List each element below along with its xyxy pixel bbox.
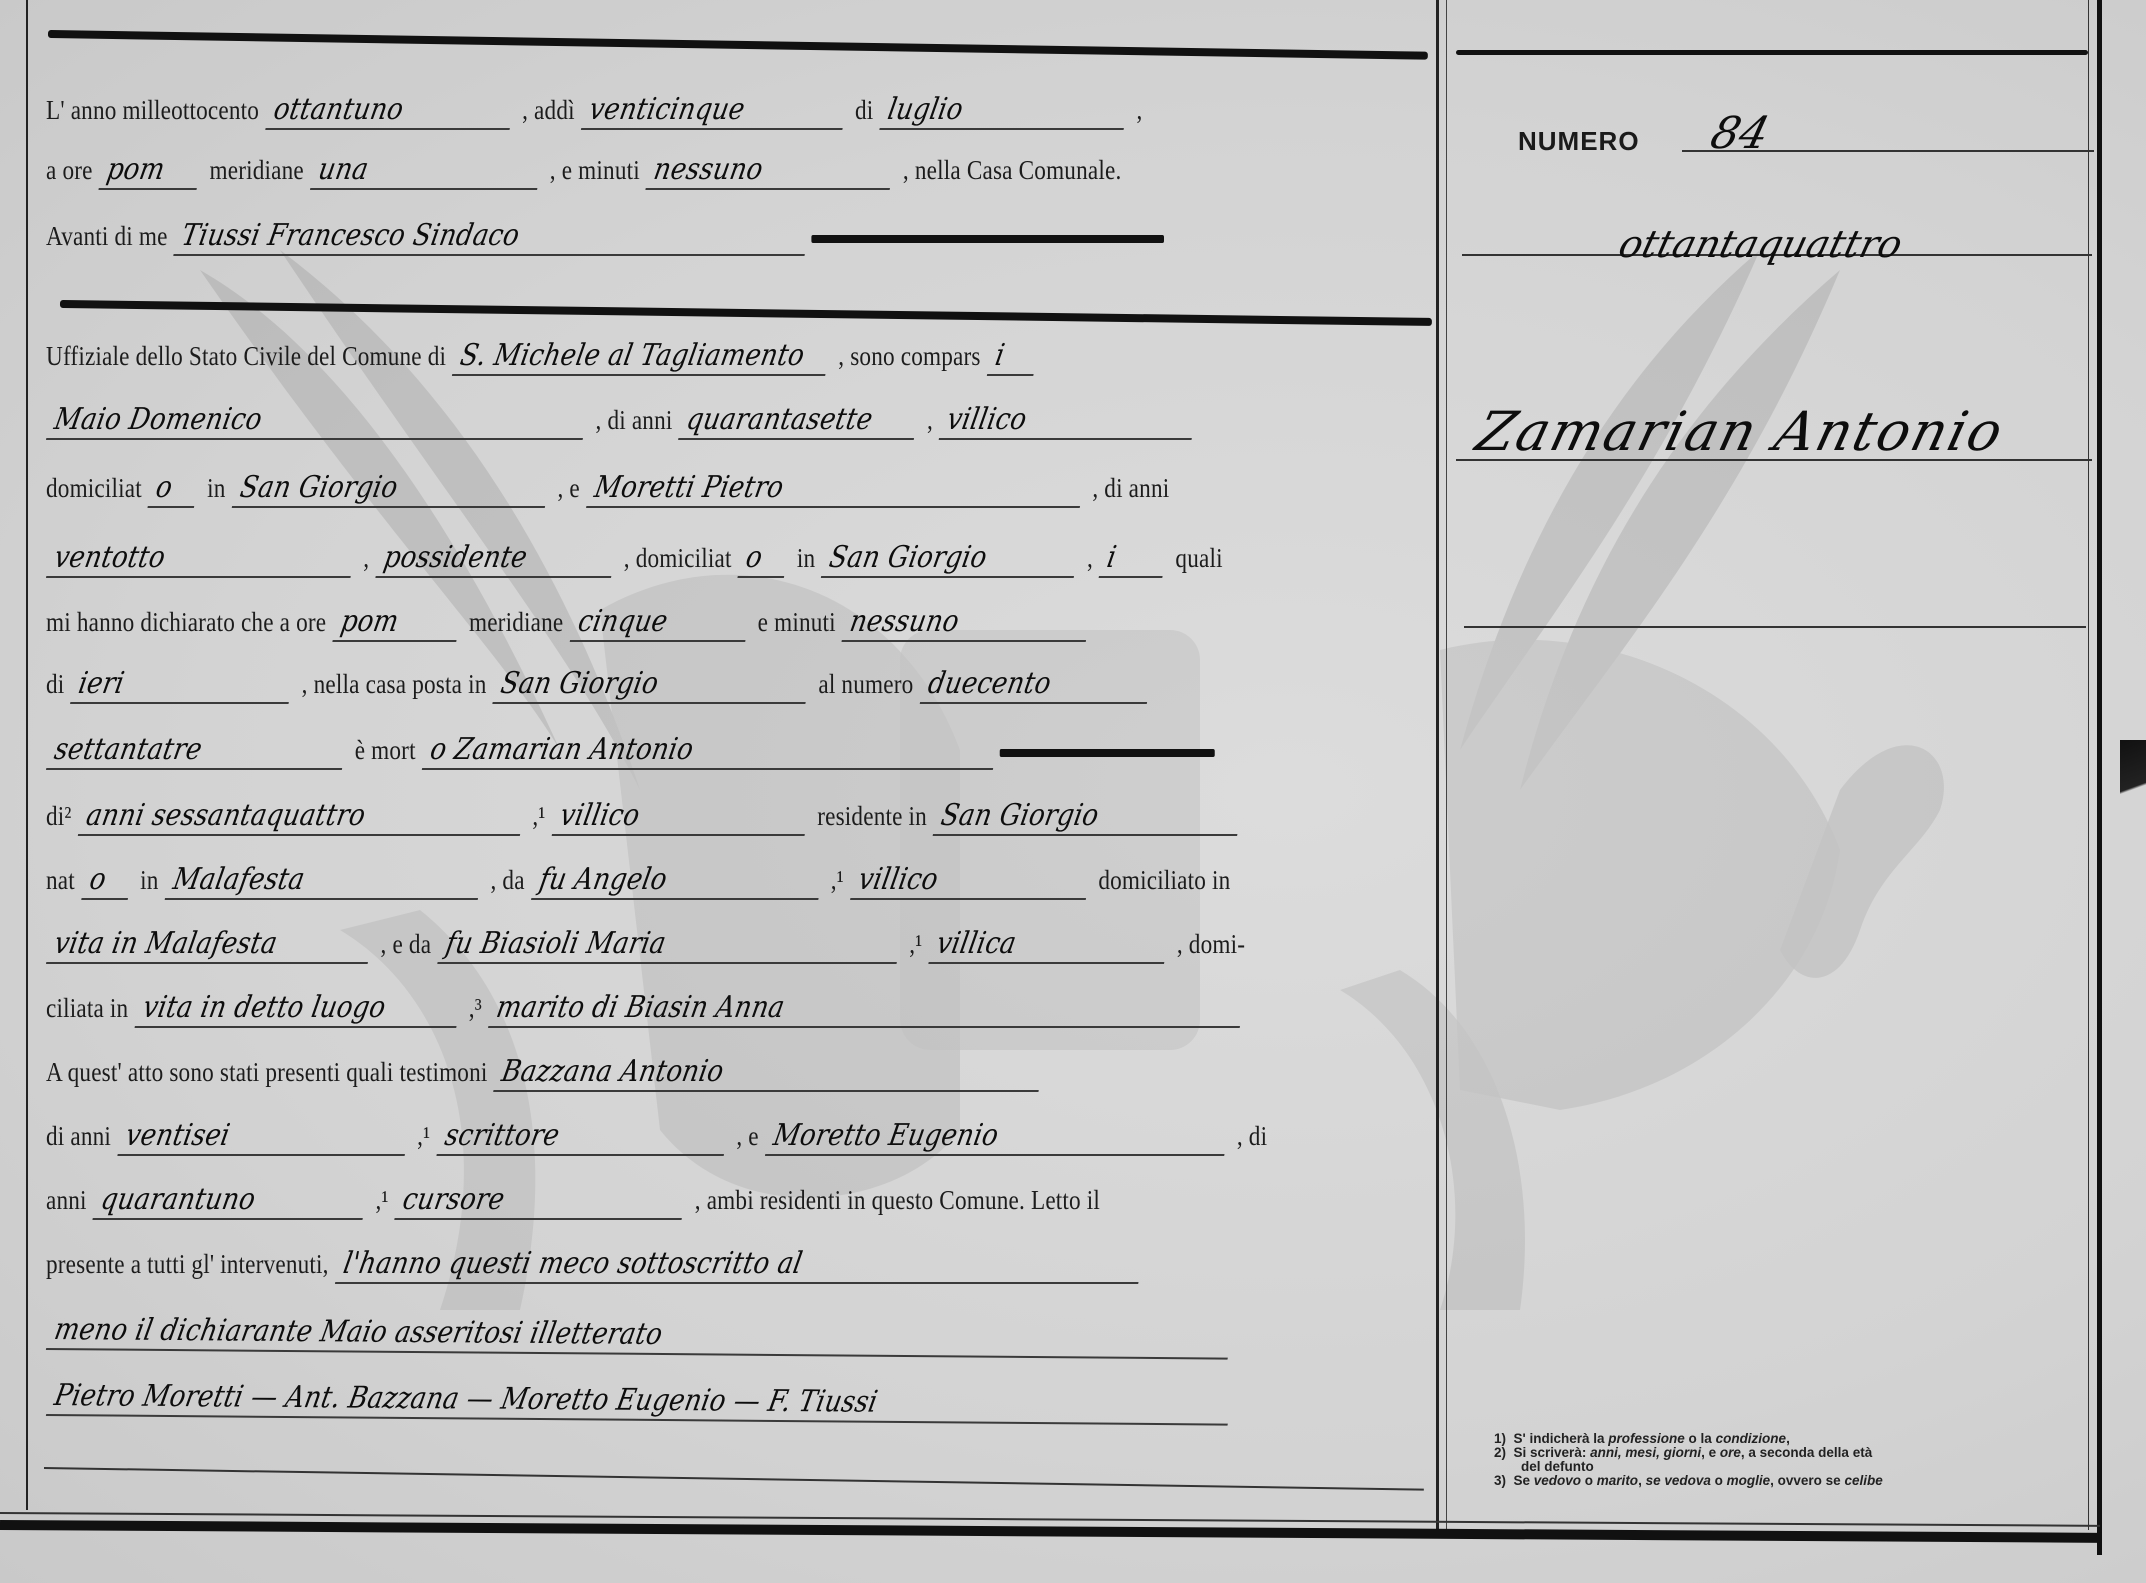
handwritten-field: scrittore — [436, 1118, 730, 1156]
printed-text: , di — [1231, 1121, 1267, 1151]
footnotes: 1) S' indicherà la professione o la cond… — [1494, 1432, 2094, 1488]
handwritten-field: ventotto — [46, 540, 357, 578]
handwritten-field: una — [310, 152, 544, 190]
certificate-line: settantatre è mort o Zamarian Antonio — [46, 732, 1233, 770]
handwritten-field: Tiussi Francesco Sindaco — [174, 218, 812, 256]
handwritten-field: villica — [928, 926, 1171, 964]
right-top-rule — [1456, 50, 2088, 55]
printed-text: , domiciliat — [618, 543, 738, 573]
printed-text: anni — [46, 1185, 93, 1215]
numero-label: NUMERO — [1518, 126, 1640, 157]
printed-text: ,³ — [463, 993, 488, 1023]
handwritten-field: pom — [99, 152, 204, 190]
handwritten-field: vita in Malafesta — [46, 926, 375, 964]
handwritten-field: cursore — [395, 1182, 689, 1220]
printed-text: presente a tutti gl' intervenuti, — [46, 1249, 335, 1279]
handwritten-field: marito di Biasin Anna — [488, 990, 1247, 1028]
handwritten-field: venticinque — [581, 92, 849, 130]
handwritten-field: quarantasette — [678, 402, 921, 440]
deceased-name-margin: Zamarian Antonio — [1470, 400, 2011, 463]
handwritten-field: Moretti Pietro — [586, 470, 1087, 508]
printed-text: Uffiziale dello Stato Civile del Comune … — [46, 341, 452, 371]
printed-text: di² — [46, 801, 78, 831]
right-mid-rule — [1464, 626, 2086, 628]
numero-words-handwritten: ottantaquattro — [1615, 222, 1907, 266]
handwritten-field: nessuno — [842, 604, 1093, 642]
printed-text: nat — [46, 865, 81, 895]
printed-text: , e minuti — [544, 155, 646, 185]
handwritten-field: S. Michele al Tagliamento — [452, 338, 832, 376]
section-rule — [60, 300, 1432, 326]
printed-text: , e da — [375, 929, 438, 959]
printed-text: ,¹ — [825, 865, 850, 895]
certificate-line: Pietro Moretti — Ant. Bazzana — Moretto … — [46, 1378, 1233, 1426]
handwritten-field: ieri — [70, 666, 295, 704]
printed-text: , — [921, 405, 939, 435]
handwritten-field: quarantuno — [93, 1182, 370, 1220]
printed-text: , e — [730, 1121, 764, 1151]
blank-fill-bar — [1000, 749, 1215, 757]
handwritten-field: San Giorgio — [492, 666, 812, 704]
binding-mark — [2120, 740, 2146, 860]
certificate-line: presente a tutti gl' intervenuti, l'hann… — [46, 1246, 1233, 1284]
handwritten-field: fu Angelo — [531, 862, 825, 900]
handwritten-field: o Zamarian Antonio — [422, 732, 1000, 770]
printed-text: , di anni — [590, 405, 679, 435]
signature-rule — [44, 1467, 1424, 1491]
handwritten-field: o — [148, 470, 201, 508]
handwritten-field: meno il dichiarante Maio asseritosi ille… — [46, 1312, 1235, 1360]
printed-text: domiciliat — [46, 473, 148, 503]
printed-text: in — [201, 473, 231, 503]
printed-text: ciliata in — [46, 993, 134, 1023]
printed-text: di — [849, 95, 879, 125]
printed-text: Avanti di me — [46, 221, 174, 251]
handwritten-field: Moretto Eugenio — [765, 1118, 1231, 1156]
handwritten-field: l'hanno questi meco sottoscritto al — [335, 1246, 1145, 1284]
printed-text: di anni — [46, 1121, 117, 1151]
printed-text: , nella Casa Comunale. — [897, 155, 1122, 185]
blank-fill-bar — [812, 235, 1165, 243]
printed-text: è mort — [349, 735, 422, 765]
handwritten-field: Bazzana Antonio — [493, 1054, 1045, 1092]
certificate-line: di ieri , nella casa posta in San Giorgi… — [46, 666, 1233, 704]
handwritten-field: Maio Domenico — [46, 402, 590, 440]
certificate-line: A quest' atto sono stati presenti quali … — [46, 1054, 1233, 1092]
handwritten-field: Pietro Moretti — Ant. Bazzana — Moretto … — [46, 1378, 1235, 1426]
handwritten-field: i — [987, 338, 1040, 376]
printed-text: A quest' atto sono stati presenti quali … — [46, 1057, 493, 1087]
handwritten-field: o — [81, 862, 134, 900]
printed-text: domiciliato in — [1092, 865, 1230, 895]
printed-text: , domi- — [1171, 929, 1245, 959]
printed-text: di — [46, 669, 70, 699]
handwritten-field: ventisei — [117, 1118, 411, 1156]
certificate-line: anni quarantuno ,¹ cursore , ambi reside… — [46, 1182, 1233, 1220]
printed-text: ,¹ — [526, 801, 551, 831]
document-sheet: L' anno milleottocento ottantuno , addì … — [0, 0, 2146, 1583]
handwritten-field: San Giorgio — [232, 470, 552, 508]
certificate-line: a ore pom meridiane una , e minuti nessu… — [46, 152, 1233, 190]
printed-text: , sono compars — [832, 341, 986, 371]
certificate-line: Maio Domenico , di anni quarantasette , … — [46, 402, 1233, 440]
printed-text: , e — [551, 473, 585, 503]
footnote-item: 3) Se vedovo o marito, se vedova o mogli… — [1494, 1474, 2094, 1488]
handwritten-field: San Giorgio — [821, 540, 1081, 578]
printed-text: in — [134, 865, 164, 895]
certificate-line: domiciliat o in San Giorgio , e Moretti … — [46, 470, 1233, 508]
handwritten-field: nessuno — [646, 152, 897, 190]
certificate-line: ciliata in vita in detto luogo ,³ marito… — [46, 990, 1233, 1028]
printed-text: mi hanno dichiarato che a ore — [46, 607, 332, 637]
certificate-line: di anni ventisei ,¹ scrittore , e Morett… — [46, 1118, 1233, 1156]
handwritten-field: o — [738, 540, 791, 578]
printed-text: , ambi residenti in questo Comune. Letto… — [689, 1185, 1100, 1215]
printed-text: al numero — [812, 669, 919, 699]
handwritten-field: fu Biasioli Maria — [437, 926, 903, 964]
handwritten-field: i — [1099, 540, 1170, 578]
certificate-line: di² anni sessantaquattro ,¹ villico resi… — [46, 798, 1233, 836]
handwritten-field: cinque — [569, 604, 751, 642]
certificate-line: Avanti di me Tiussi Francesco Sindaco — [46, 218, 1233, 256]
printed-text: ,¹ — [411, 1121, 436, 1151]
printed-text: , addì — [516, 95, 581, 125]
printed-text: residente in — [811, 801, 933, 831]
griffin-watermark-icon — [140, 230, 2020, 1330]
printed-text: , di anni — [1086, 473, 1169, 503]
handwritten-field: pom — [332, 604, 463, 642]
certificate-line: L' anno milleottocento ottantuno , addì … — [46, 92, 1233, 130]
printed-text: quali — [1169, 543, 1222, 573]
top-rule — [48, 30, 1428, 60]
certificate-line: vita in Malafesta , e da fu Biasioli Mar… — [46, 926, 1233, 964]
printed-text: , da — [484, 865, 530, 895]
handwritten-field: San Giorgio — [933, 798, 1244, 836]
footnote-item: 1) S' indicherà la professione o la cond… — [1494, 1432, 2094, 1446]
handwritten-field: Malafesta — [165, 862, 485, 900]
column-divider — [1436, 0, 1439, 1535]
printed-text: in — [791, 543, 821, 573]
certificate-line: nat o in Malafesta , da fu Angelo ,¹ vil… — [46, 862, 1233, 900]
left-frame-border — [26, 0, 28, 1510]
printed-text: e minuti — [752, 607, 842, 637]
printed-text: ,¹ — [370, 1185, 395, 1215]
handwritten-field: vita in detto luogo — [134, 990, 463, 1028]
handwritten-field: duecento — [919, 666, 1153, 704]
certificate-line: mi hanno dichiarato che a ore pom meridi… — [46, 604, 1233, 642]
handwritten-field: villico — [551, 798, 811, 836]
certificate-line: meno il dichiarante Maio asseritosi ille… — [46, 1312, 1233, 1360]
handwritten-field: anni sessantaquattro — [77, 798, 526, 836]
printed-text: meridiane — [463, 607, 569, 637]
printed-text: L' anno milleottocento — [46, 95, 265, 125]
printed-text: , — [357, 543, 375, 573]
printed-text: ,¹ — [903, 929, 928, 959]
handwritten-field: possidente — [375, 540, 618, 578]
certificate-line: ventotto , possidente , domiciliat o in … — [46, 540, 1233, 578]
printed-text: , — [1131, 95, 1143, 125]
right-frame-border-thin — [2088, 0, 2089, 1530]
printed-text: a ore — [46, 155, 99, 185]
handwritten-field: ottantuno — [265, 92, 516, 130]
printed-text: , — [1081, 543, 1099, 573]
handwritten-field: villico — [850, 862, 1093, 900]
certificate-line: Uffiziale dello Stato Civile del Comune … — [46, 338, 1233, 376]
handwritten-field: settantatre — [46, 732, 349, 770]
column-divider-thin — [1446, 0, 1447, 1535]
handwritten-field: luglio — [879, 92, 1130, 130]
footnote-item: 2) Si scriverà: anni, mesi, giorni, e or… — [1494, 1446, 2094, 1474]
right-frame-border — [2097, 0, 2102, 1555]
printed-text: meridiane — [204, 155, 310, 185]
handwritten-field: villico — [939, 402, 1199, 440]
printed-text: , nella casa posta in — [296, 669, 493, 699]
